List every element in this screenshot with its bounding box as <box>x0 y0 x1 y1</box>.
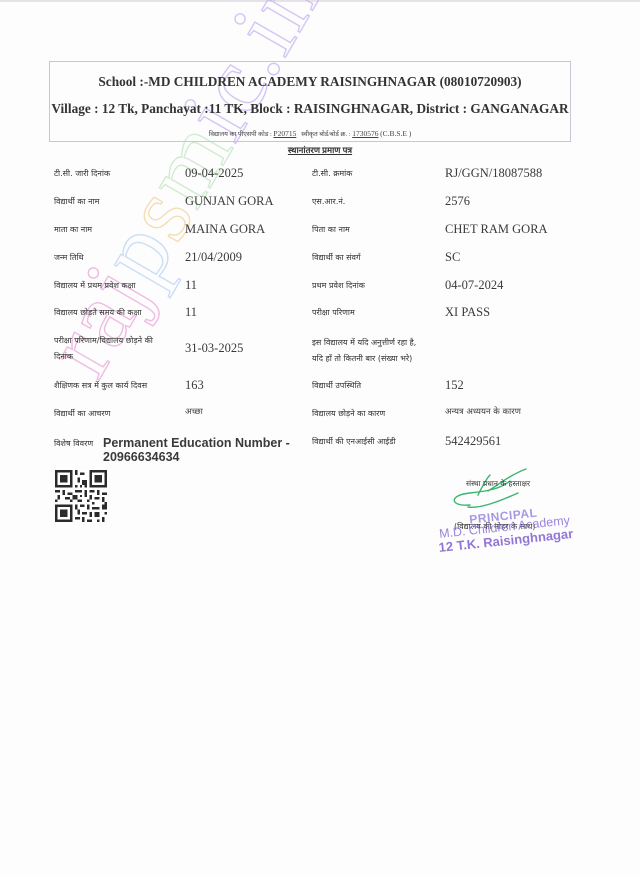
failed-count-label-2: यदि हाँ तो कितनी बार (संख्या भरे) <box>312 351 412 366</box>
school-name: School :-MD CHILDREN ACADEMY RAISINGHNAG… <box>50 74 570 90</box>
father-name-value: CHET RAM GORA <box>445 222 548 237</box>
psp-code-label: विद्यालय का पीएसपी कोड : <box>209 131 272 138</box>
nic-id-label: विद्यार्थी की एनआईसी आईडी <box>312 434 396 449</box>
father-name-label: पिता का नाम <box>312 222 350 237</box>
scan-edge <box>0 0 640 2</box>
sr-number-label: एस.आर.नं. <box>312 194 345 209</box>
dob-value: 21/04/2009 <box>185 250 242 265</box>
leaving-date-value: 31-03-2025 <box>185 341 243 356</box>
leaving-date-label-1: परीक्षा परिणाम/विद्यालय छोड़ने की <box>54 333 153 348</box>
board-number: 1730576 <box>352 129 378 138</box>
attendance-value: 152 <box>445 378 464 393</box>
student-name-value: GUNJAN GORA <box>185 194 274 209</box>
leaving-date-label-2: दिनांक <box>54 349 73 364</box>
psp-code: P20715 <box>273 129 296 138</box>
special-remarks-label: विशेष विवरण <box>54 438 93 449</box>
nic-id-value: 542429561 <box>445 434 501 449</box>
tc-number-label: टी.सी. क्रमांक <box>312 166 352 181</box>
permanent-education-number: Permanent Education Number - 20966634634 <box>103 436 290 464</box>
student-name-label: विद्यार्थी का नाम <box>54 194 99 209</box>
leaving-reason-label: विद्यालय छोड़ने का कारण <box>312 406 385 421</box>
school-address: Village : 12 Tk, Panchayat :11 TK, Block… <box>50 101 570 117</box>
conduct-value: अच्छा <box>185 406 203 417</box>
leaving-class-label: विद्यालय छोड़ते समय की कक्षा <box>54 305 141 320</box>
category-label: विद्यार्थी का संवर्ग <box>312 250 360 265</box>
transfer-certificate-page: rajpsmic.in School :-MD CHILDREN ACADEMY… <box>0 0 640 876</box>
first-admission-date-value: 04-07-2024 <box>445 278 503 293</box>
first-admission-date-label: प्रथम प्रवेश दिनांक <box>312 278 365 293</box>
conduct-label: विद्यार्थी का आचरण <box>54 406 110 421</box>
exam-result-value: XI PASS <box>445 305 490 320</box>
leaving-class-value: 11 <box>185 305 197 320</box>
head-signature-label: संस्था प्रधान के हस्ताक्षर <box>466 479 530 489</box>
category-value: SC <box>445 250 460 265</box>
dob-label: जन्म तिथि <box>54 250 84 265</box>
mother-name-value: MAINA GORA <box>185 222 265 237</box>
qr-code-icon <box>55 470 107 522</box>
document-title: स्थानांतरण प्रमाण पत्र <box>0 145 640 156</box>
board-label: स्वीकृत बोर्ड/बोर्ड क्र. : <box>301 131 350 138</box>
board-name: (C.B.S.E ) <box>380 129 411 138</box>
working-days-label: शैक्षिणक सत्र में कुल कार्य दिवस <box>54 378 147 393</box>
working-days-value: 163 <box>185 378 204 393</box>
first-admission-class-value: 11 <box>185 278 197 293</box>
school-codes: विद्यालय का पीएसपी कोड : P20715 स्वीकृत … <box>50 129 570 138</box>
exam-result-label: परीक्षा परिणाम <box>312 305 355 320</box>
leaving-reason-value: अन्यत्र अध्ययन के कारण <box>445 406 521 417</box>
mother-name-label: माता का नाम <box>54 222 92 237</box>
tc-issue-date-label: टी.सी. जारी दिनांक <box>54 166 110 181</box>
pen-label: Permanent Education Number - <box>103 436 290 450</box>
pen-value: 20966634634 <box>103 450 290 464</box>
attendance-label: विद्यार्थी उपस्थिति <box>312 378 361 393</box>
tc-number-value: RJ/GGN/18087588 <box>445 166 542 181</box>
school-header-box: School :-MD CHILDREN ACADEMY RAISINGHNAG… <box>49 61 571 142</box>
tc-issue-date-value: 09-04-2025 <box>185 166 243 181</box>
first-admission-class-label: विद्यालय में प्रथम प्रवेश कक्षा <box>54 278 136 293</box>
failed-count-label-1: इस विद्यालय में यदि अनुत्तीर्ण रहा है, <box>312 335 416 350</box>
sr-number-value: 2576 <box>445 194 470 209</box>
